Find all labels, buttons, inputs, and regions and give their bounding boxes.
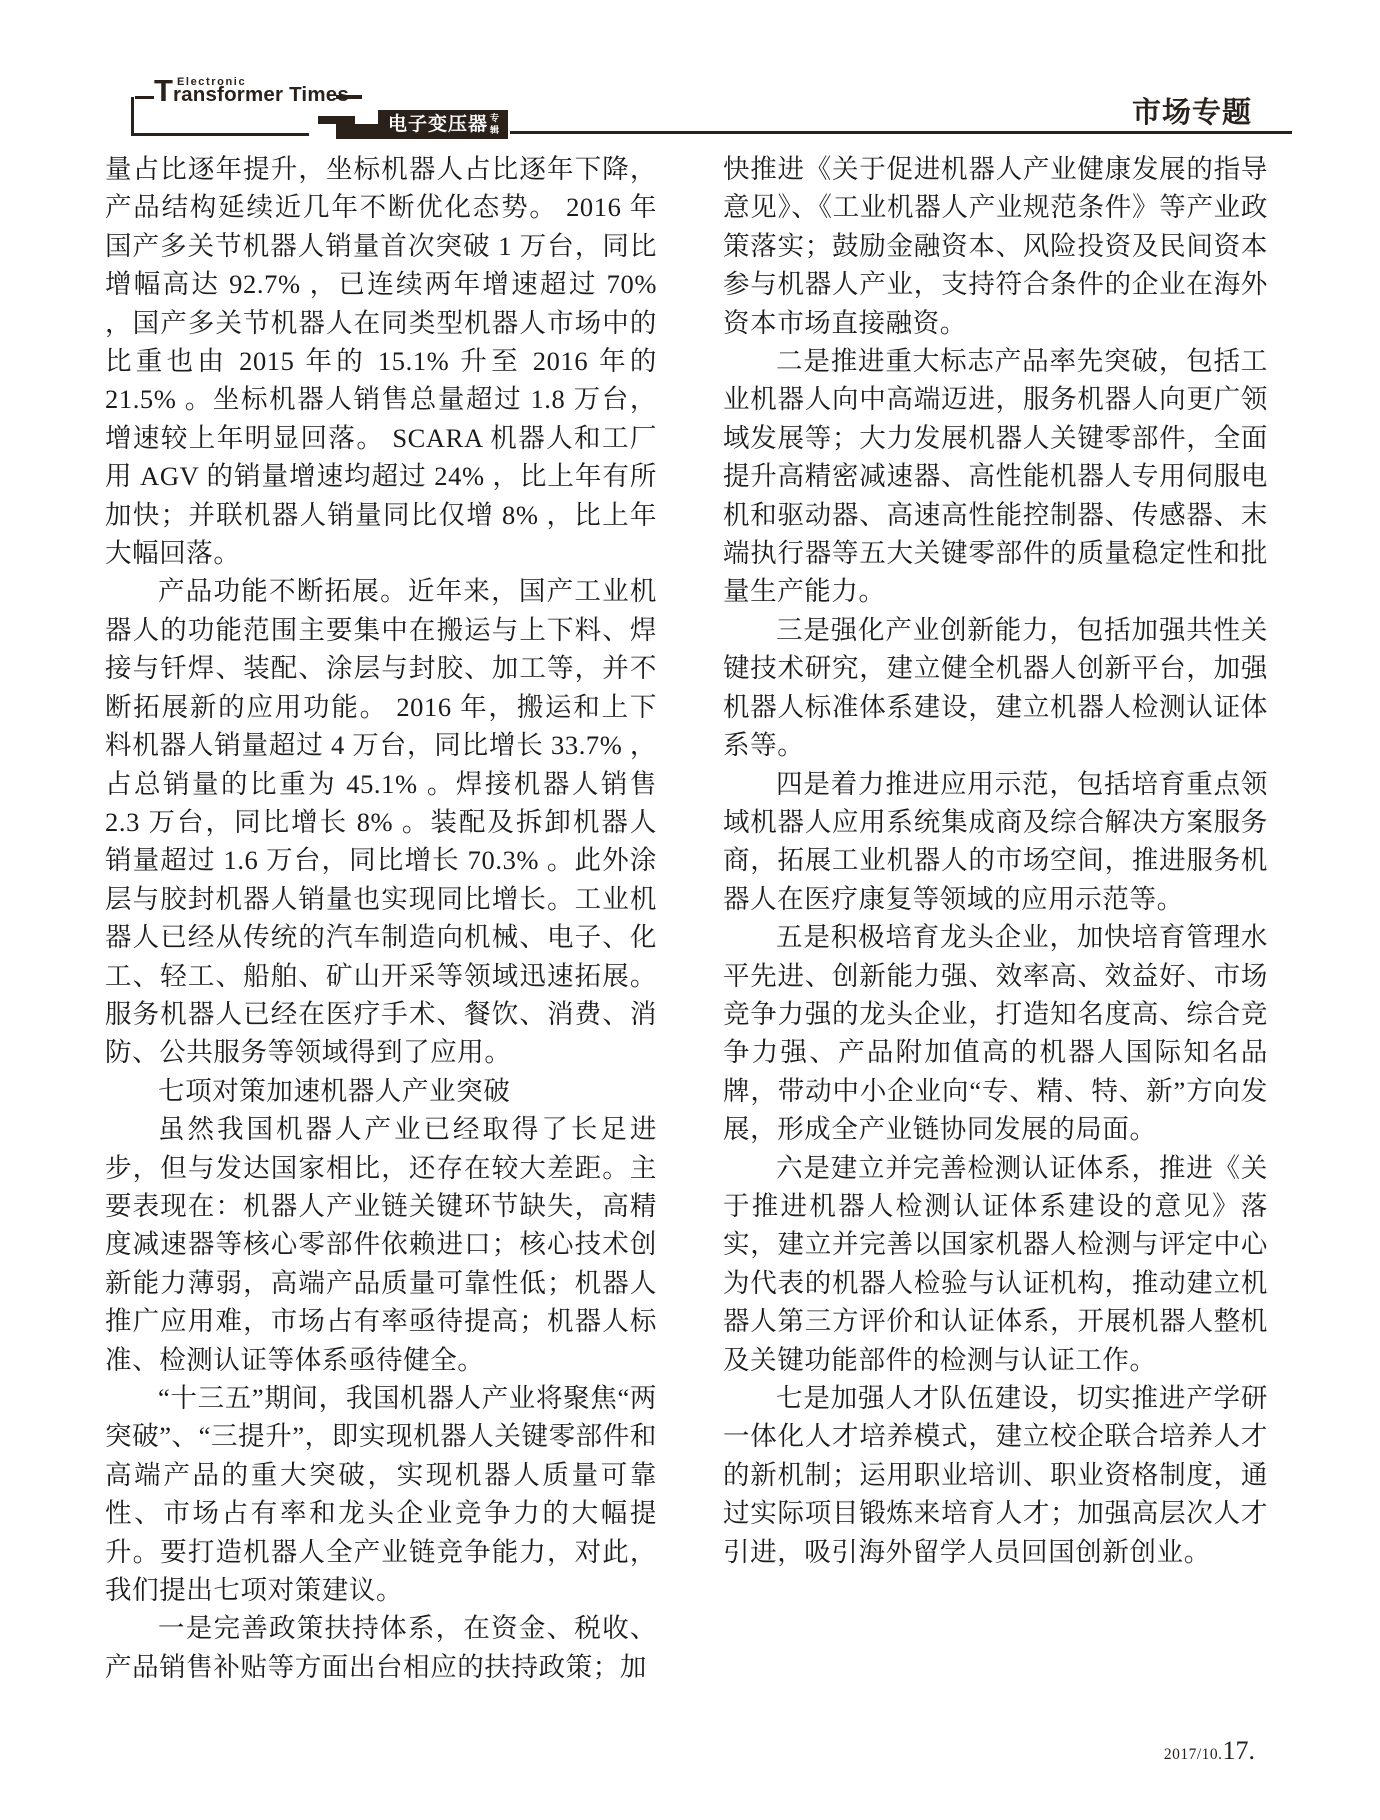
logo-big-t: T	[154, 80, 173, 102]
paragraph: 七是加强人才队伍建设，切实推进产学研一体化人才培养模式，建立校企联合培养人才的新…	[723, 1379, 1268, 1571]
paragraph: 四是着力推进应用示范，包括培育重点领域机器人应用系统集成商及综合解决方案服务商，…	[723, 765, 1268, 919]
paragraph: “十三五”期间，我国机器人产业将聚焦“两突破”、“三提升”，即实现机器人关键零部…	[105, 1379, 657, 1609]
logo-rest-text: ransformer Times	[173, 84, 349, 106]
paragraph: 三是强化产业创新能力，包括加强共性关键技术研究，建立健全机器人创新平台，加强机器…	[723, 611, 1268, 765]
paragraph: 一是完善政策扶持体系，在资金、税收、产品销售补贴等方面出台相应的扶持政策；加	[105, 1609, 657, 1686]
paragraph: 六是建立并完善检测认证体系，推进《关于推进机器人检测认证体系建设的意见》落实，建…	[723, 1149, 1268, 1379]
paragraph: 七项对策加速机器人产业突破	[105, 1072, 657, 1110]
magazine-page: Electronic Transformer Times 电子变压器 专辑 市场…	[0, 0, 1380, 1820]
paragraph: 量占比逐年提升，坐标机器人占比逐年下降，产品结构延续近几年不断优化态势。 201…	[105, 150, 657, 572]
logo-transformer-times: Transformer Times	[154, 80, 349, 106]
logo-right-dash	[336, 95, 362, 99]
badge-subtitle: 专辑	[489, 112, 500, 136]
logo-left-dash	[135, 96, 154, 99]
header-rule	[510, 131, 1292, 134]
page-footer: 2017/10.17.	[1040, 1736, 1255, 1766]
badge-title: 电子变压器	[388, 113, 488, 137]
paragraph: 五是积极培育龙头企业，加快培育管理水平先进、创新能力强、效率高、效益好、市场竞争…	[723, 918, 1268, 1148]
paragraph: 二是推进重大标志产品率先突破，包括工业机器人向中高端迈进，服务机器人向更广领域发…	[723, 342, 1268, 611]
paragraph: 虽然我国机器人产业已经取得了长足进步，但与发达国家相比，还存在较大差距。主要表现…	[105, 1110, 657, 1379]
page-number: 17.	[1223, 1736, 1256, 1765]
bracket-horizontal-line	[131, 133, 309, 136]
section-title: 市场专题	[1132, 98, 1252, 128]
article-column-right: 快推进《关于促进机器人产业健康发展的指导意见》、《工业机器人产业规范条件》等产业…	[723, 150, 1268, 1571]
paragraph: 快推进《关于促进机器人产业健康发展的指导意见》、《工业机器人产业规范条件》等产业…	[723, 150, 1268, 342]
bracket-vertical-line	[131, 97, 134, 135]
paragraph: 产品功能不断拓展。近年来，国产工业机器人的功能范围主要集中在搬运与上下料、焊接与…	[105, 572, 657, 1071]
issue-label: 2017/10.	[1164, 1746, 1223, 1763]
article-column-left: 量占比逐年提升，坐标机器人占比逐年下降，产品结构延续近几年不断优化态势。 201…	[105, 150, 657, 1686]
